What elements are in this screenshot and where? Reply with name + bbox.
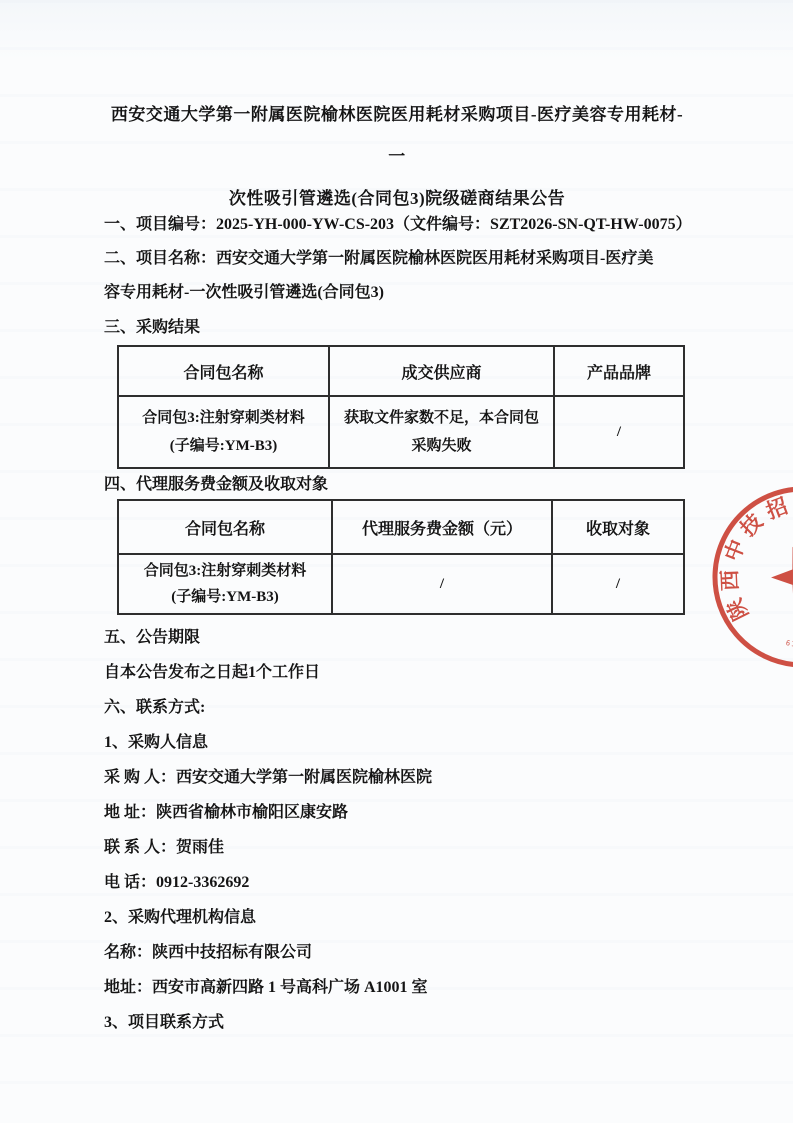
seal-star-icon [764, 537, 793, 612]
seal-circle [691, 465, 793, 689]
period-text: 自本公告发布之日起1个工作日 [104, 655, 690, 690]
purchaser-name: 采 购 人：西安交通大学第一附属医院榆林医院 [104, 760, 690, 795]
fee-cell-package: 合同包3:注射穿刺类材料 (子编号:YM-B3) [118, 554, 332, 614]
seal-company-name: 陕西中技招标有限公司 [676, 450, 793, 633]
procurement-result-table: 合同包名称 成交供应商 产品品牌 合同包3:注射穿刺类材料 (子编号:YM-B3… [117, 345, 685, 469]
fee-table-row: 合同包3:注射穿刺类材料 (子编号:YM-B3) / / [118, 554, 684, 614]
result-cell-package: 合同包3:注射穿刺类材料 (子编号:YM-B3) [118, 396, 329, 468]
result-header-supplier: 成交供应商 [329, 346, 554, 396]
announcement-page: 西安交通大学第一附属医院榆林医院医用耗材采购项目-医疗美容专用耗材-一 次性吸引… [0, 0, 793, 1123]
fee-header-package: 合同包名称 [118, 500, 332, 554]
fee-cell-amount: / [332, 554, 552, 614]
section-project-name-line1: 二、项目名称：西安交通大学第一附属医院榆林医院医用耗材采购项目-医疗美 [104, 242, 690, 276]
project-contact-heading: 3、项目联系方式 [104, 1005, 690, 1040]
result-cell-brand: / [554, 396, 684, 468]
section-period-heading: 五、公告期限 [104, 620, 690, 655]
fee-table-header-row: 合同包名称 代理服务费金额（元） 收取对象 [118, 500, 684, 554]
fee-header-payer: 收取对象 [552, 500, 684, 554]
section-result-heading: 三、采购结果 [104, 310, 690, 345]
purchaser-address: 地 址：陕西省榆林市榆阳区康安路 [104, 795, 690, 830]
company-seal-stamp: 陕西中技招标有限公司 6161000000000 [676, 450, 793, 704]
result-header-brand: 产品品牌 [554, 346, 684, 396]
section-project-number: 一、项目编号：2025-YH-000-YW-CS-203（文件编号：SZT202… [104, 208, 690, 242]
result-table-row: 合同包3:注射穿刺类材料 (子编号:YM-B3) 获取文件家数不足，本合同包 采… [118, 396, 684, 468]
purchaser-info-heading: 1、采购人信息 [104, 725, 690, 760]
agency-address: 地址：西安市高新四路 1 号高科广场 A1001 室 [104, 970, 690, 1005]
purchaser-phone: 电 话：0912-3362692 [104, 865, 690, 900]
svg-text:陕西中技招标有限公司: 陕西中技招标有限公司 [676, 450, 793, 633]
agency-fee-table: 合同包名称 代理服务费金额（元） 收取对象 合同包3:注射穿刺类材料 (子编号:… [117, 499, 685, 615]
result-header-package: 合同包名称 [118, 346, 329, 396]
section-fee-heading: 四、代理服务费金额及收取对象 [104, 471, 690, 499]
result-table-header-row: 合同包名称 成交供应商 产品品牌 [118, 346, 684, 396]
fee-header-amount: 代理服务费金额（元） [332, 500, 552, 554]
document-body: 西安交通大学第一附属医院榆林医院医用耗材采购项目-医疗美容专用耗材-一 次性吸引… [104, 94, 690, 1040]
document-title-line1: 西安交通大学第一附属医院榆林医院医用耗材采购项目-医疗美容专用耗材-一 [104, 94, 690, 178]
svg-text:6161000000000: 6161000000000 [783, 618, 793, 658]
agency-info-heading: 2、采购代理机构信息 [104, 900, 690, 935]
purchaser-contact-person: 联 系 人：贺雨佳 [104, 830, 690, 865]
document-title: 西安交通大学第一附属医院榆林医院医用耗材采购项目-医疗美容专用耗材-一 次性吸引… [104, 94, 690, 220]
section-project-name-line2: 容专用耗材-一次性吸引管遴选(合同包3) [104, 276, 690, 310]
seal-serial-number: 6161000000000 [783, 618, 793, 658]
agency-name: 名称：陕西中技招标有限公司 [104, 935, 690, 970]
fee-cell-payer: / [552, 554, 684, 614]
result-cell-supplier: 获取文件家数不足，本合同包 采购失败 [329, 396, 554, 468]
section-contact-heading: 六、联系方式: [104, 690, 690, 725]
